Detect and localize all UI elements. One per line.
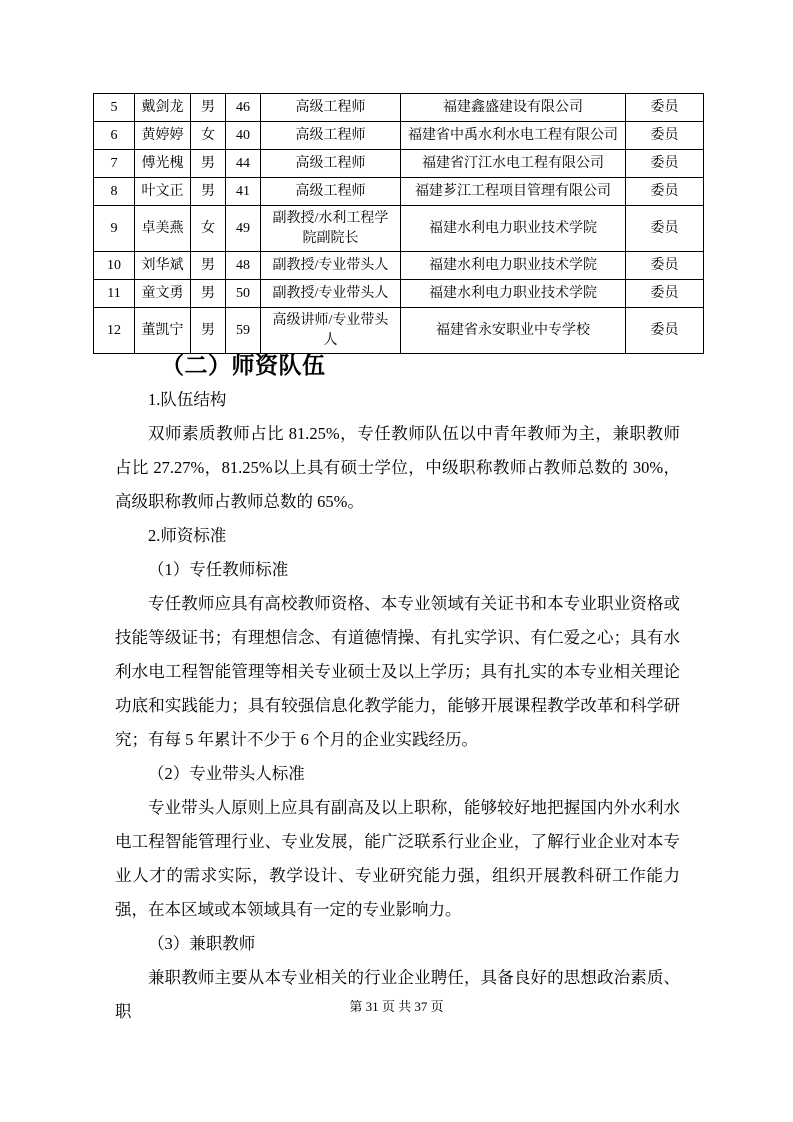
paragraph-body: 专任教师应具有高校教师资格、本专业领域有关证书和本专业职业资格或技能等级证书；有… [115, 587, 680, 757]
cell-gender: 男 [191, 178, 226, 206]
paragraph-list-item: （2）专业带头人标准 [115, 757, 680, 791]
cell-title: 副教授/专业带头人 [261, 280, 401, 308]
cell-number: 8 [94, 178, 135, 206]
cell-role: 委员 [626, 122, 704, 150]
cell-name: 叶文正 [135, 178, 191, 206]
cell-number: 6 [94, 122, 135, 150]
paragraph-body: 专业带头人原则上应具有副高及以上职称，能够较好地把握国内外水利水电工程智能管理行… [115, 791, 680, 927]
cell-number: 9 [94, 206, 135, 252]
cell-title: 副教授/水利工程学院副院长 [261, 206, 401, 252]
cell-name: 刘华斌 [135, 252, 191, 280]
cell-age: 50 [226, 280, 261, 308]
cell-name: 傅光槐 [135, 150, 191, 178]
cell-gender: 男 [191, 94, 226, 122]
paragraph-list-item: 2.师资标准 [115, 519, 680, 553]
cell-age: 49 [226, 206, 261, 252]
cell-role: 委员 [626, 94, 704, 122]
cell-gender: 男 [191, 252, 226, 280]
cell-title: 高级工程师 [261, 122, 401, 150]
cell-role: 委员 [626, 252, 704, 280]
page-number: 第 31 页 共 37 页 [0, 998, 793, 1016]
cell-organization: 福建水利电力职业技术学院 [401, 280, 626, 308]
cell-name: 卓美燕 [135, 206, 191, 252]
cell-age: 46 [226, 94, 261, 122]
table-row: 7 傅光槐 男 44 高级工程师 福建省汀江水电工程有限公司 委员 [94, 150, 704, 178]
cell-title: 副教授/专业带头人 [261, 252, 401, 280]
cell-gender: 女 [191, 206, 226, 252]
cell-title: 高级工程师 [261, 150, 401, 178]
cell-name: 黄婷婷 [135, 122, 191, 150]
cell-role: 委员 [626, 178, 704, 206]
cell-role: 委员 [626, 150, 704, 178]
table-row: 6 黄婷婷 女 40 高级工程师 福建省中禹水利水电工程有限公司 委员 [94, 122, 704, 150]
table-row: 5 戴剑龙 男 46 高级工程师 福建鑫盛建设有限公司 委员 [94, 94, 704, 122]
committee-members-table: 5 戴剑龙 男 46 高级工程师 福建鑫盛建设有限公司 委员 6 黄婷婷 女 4… [93, 93, 704, 354]
section-content: （二）师资队伍 1.队伍结构 双师素质教师占比 81.25%，专任教师队伍以中青… [115, 347, 680, 1029]
section-heading: （二）师资队伍 [115, 347, 680, 383]
paragraph-list-item: 1.队伍结构 [115, 383, 680, 417]
cell-organization: 福建水利电力职业技术学院 [401, 252, 626, 280]
cell-age: 40 [226, 122, 261, 150]
cell-age: 41 [226, 178, 261, 206]
cell-organization: 福建省汀江水电工程有限公司 [401, 150, 626, 178]
cell-organization: 福建省中禹水利水电工程有限公司 [401, 122, 626, 150]
cell-title: 高级工程师 [261, 178, 401, 206]
document-page: 5 戴剑龙 男 46 高级工程师 福建鑫盛建设有限公司 委员 6 黄婷婷 女 4… [0, 0, 793, 1122]
table-row: 10 刘华斌 男 48 副教授/专业带头人 福建水利电力职业技术学院 委员 [94, 252, 704, 280]
table-row: 8 叶文正 男 41 高级工程师 福建芗江工程项目管理有限公司 委员 [94, 178, 704, 206]
paragraph-body: 双师素质教师占比 81.25%，专任教师队伍以中青年教师为主，兼职教师占比 27… [115, 417, 680, 519]
cell-age: 44 [226, 150, 261, 178]
cell-number: 10 [94, 252, 135, 280]
paragraph-body: 兼职教师主要从本专业相关的行业企业聘任，具备良好的思想政治素质、职 [115, 961, 680, 1029]
cell-number: 5 [94, 94, 135, 122]
cell-organization: 福建芗江工程项目管理有限公司 [401, 178, 626, 206]
cell-role: 委员 [626, 206, 704, 252]
cell-number: 11 [94, 280, 135, 308]
cell-name: 戴剑龙 [135, 94, 191, 122]
cell-gender: 男 [191, 150, 226, 178]
paragraph-list-item: （1）专任教师标准 [115, 553, 680, 587]
cell-organization: 福建鑫盛建设有限公司 [401, 94, 626, 122]
cell-name: 童文勇 [135, 280, 191, 308]
table-row: 9 卓美燕 女 49 副教授/水利工程学院副院长 福建水利电力职业技术学院 委员 [94, 206, 704, 252]
cell-title: 高级工程师 [261, 94, 401, 122]
cell-number: 7 [94, 150, 135, 178]
cell-gender: 男 [191, 280, 226, 308]
cell-organization: 福建水利电力职业技术学院 [401, 206, 626, 252]
paragraph-list-item: （3）兼职教师 [115, 927, 680, 961]
cell-age: 48 [226, 252, 261, 280]
table-row: 11 童文勇 男 50 副教授/专业带头人 福建水利电力职业技术学院 委员 [94, 280, 704, 308]
cell-role: 委员 [626, 280, 704, 308]
cell-gender: 女 [191, 122, 226, 150]
